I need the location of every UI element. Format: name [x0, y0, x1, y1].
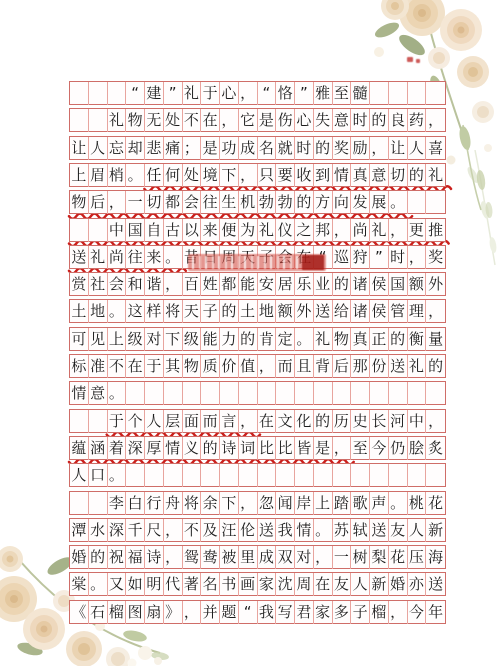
char-cell: 不: [183, 519, 202, 542]
char-cell: 如: [126, 573, 145, 596]
char-cell: [258, 464, 277, 487]
char-cell: 居: [276, 273, 295, 296]
char-cell: 礼: [426, 164, 445, 187]
char-cell: 友: [333, 573, 352, 596]
char-cell: 鸯: [201, 546, 220, 569]
char-cell: 外: [295, 300, 314, 323]
char-cell: 忽: [258, 492, 277, 515]
char-cell: 花: [426, 492, 445, 515]
char-cell: 声: [370, 492, 389, 515]
char-cell: 的: [370, 109, 389, 132]
char-cell: 鸳: [183, 546, 202, 569]
char-cell: [370, 82, 389, 105]
char-cell: ，: [426, 410, 445, 433]
char-cell: 诗: [145, 546, 164, 569]
char-cell: 。: [126, 164, 145, 187]
char-cell: 被: [220, 546, 239, 569]
char-cell: 侯: [370, 273, 389, 296]
char-cell: 的: [220, 300, 239, 323]
char-cell: 和: [126, 273, 145, 296]
char-cell: [220, 464, 239, 487]
char-cell: 建: [145, 82, 164, 105]
char-cell: 额: [408, 273, 427, 296]
char-cell: 为: [239, 219, 258, 242]
char-cell: ，: [239, 410, 258, 433]
char-cell: 义: [183, 437, 202, 460]
char-cell: 境: [201, 164, 220, 187]
leaf-sprig-right: [455, 150, 500, 270]
char-cell: 至: [333, 82, 352, 105]
char-cell: [70, 492, 89, 515]
char-cell: ，: [239, 492, 258, 515]
essay-row: 蕴涵着深厚情义的诗词比比皆是，至今仍脍炙: [69, 436, 446, 460]
char-cell: 安: [258, 273, 277, 296]
char-cell: 侯: [370, 300, 389, 323]
char-cell: “: [239, 601, 258, 624]
char-cell: 闻: [276, 492, 295, 515]
char-cell: 我: [276, 519, 295, 542]
char-cell: 化: [295, 410, 314, 433]
char-cell: 处: [183, 164, 202, 187]
char-cell: ，: [408, 246, 427, 269]
char-cell: 时: [389, 246, 408, 269]
char-cell: 雅: [314, 82, 333, 105]
char-cell: [89, 82, 108, 105]
char-cell: 今: [408, 601, 427, 624]
char-cell: 份: [370, 355, 389, 378]
char-cell: 情: [295, 519, 314, 542]
char-cell: 衡: [408, 328, 427, 351]
char-cell: 药: [408, 109, 427, 132]
char-cell: 情: [164, 437, 183, 460]
char-cell: ，: [389, 601, 408, 624]
char-cell: 人: [70, 464, 89, 487]
char-cell: 代: [164, 573, 183, 596]
char-cell: 正: [370, 328, 389, 351]
char-cell: 向: [333, 191, 352, 214]
char-cell: 伦: [239, 519, 258, 542]
char-cell: 周: [295, 573, 314, 596]
char-cell: [164, 464, 183, 487]
char-cell: 切: [145, 191, 164, 214]
char-cell: 之: [295, 219, 314, 242]
char-cell: 奖: [333, 137, 352, 160]
essay-row: 中国自古以来便为礼仪之邦，尚礼，更推: [69, 218, 446, 242]
char-cell: [370, 464, 389, 487]
char-cell: 下: [220, 492, 239, 515]
char-cell: 而: [201, 410, 220, 433]
char-cell: 处: [164, 109, 183, 132]
char-cell: 年: [426, 601, 445, 624]
char-cell: “: [126, 82, 145, 105]
essay-grid: “建”礼于心，“恪”雅至髓礼物无处不在，它是伤心失意时的良药，让人忘却悲痛；是功…: [69, 81, 446, 633]
char-cell: [333, 464, 352, 487]
red-speck-mark: [416, 59, 420, 63]
char-cell: 礼: [183, 82, 202, 105]
char-cell: [426, 382, 445, 405]
char-cell: [408, 464, 427, 487]
char-cell: 轼: [351, 519, 370, 542]
char-cell: 棠: [70, 573, 89, 596]
char-cell: 双: [276, 546, 295, 569]
char-cell: 厚: [145, 437, 164, 460]
essay-row: 让人忘却悲痛；是功成名就时的奖励，让人喜: [69, 136, 446, 160]
char-cell: 中: [408, 410, 427, 433]
char-cell: 祝: [108, 546, 127, 569]
char-cell: 又: [108, 573, 127, 596]
char-cell: 歌: [351, 492, 370, 515]
essay-row: 棠。又如明代著名书画家沈周在友人新婚亦送: [69, 572, 446, 596]
char-cell: 尚: [108, 246, 127, 269]
char-cell: 礼: [89, 246, 108, 269]
char-cell: [239, 464, 258, 487]
char-cell: 标: [70, 355, 89, 378]
essay-row: 人口。: [69, 463, 446, 487]
char-cell: 而: [276, 355, 295, 378]
char-cell: 能: [239, 273, 258, 296]
char-cell: [89, 219, 108, 242]
char-cell: 踏: [333, 492, 352, 515]
char-cell: 涵: [89, 437, 108, 460]
red-speck-mark: [407, 57, 413, 62]
char-cell: 在: [258, 410, 277, 433]
char-cell: 人: [89, 137, 108, 160]
char-cell: 时: [351, 109, 370, 132]
char-cell: 何: [164, 164, 183, 187]
char-cell: 发: [351, 191, 370, 214]
char-cell: 题: [220, 601, 239, 624]
char-cell: 姓: [201, 273, 220, 296]
char-cell: 人: [408, 519, 427, 542]
char-cell: 送: [389, 355, 408, 378]
char-cell: 乐: [295, 273, 314, 296]
char-cell: 以: [183, 219, 202, 242]
char-cell: 余: [201, 492, 220, 515]
char-cell: 文: [276, 410, 295, 433]
char-cell: [295, 464, 314, 487]
char-cell: 会: [183, 191, 202, 214]
char-cell: 都: [220, 273, 239, 296]
char-cell: 名: [258, 137, 277, 160]
essay-row: 情意。: [69, 381, 446, 405]
char-cell: 的: [295, 191, 314, 214]
watermark-logo-block: [302, 255, 324, 270]
char-cell: 对: [145, 328, 164, 351]
char-cell: 送: [70, 246, 89, 269]
char-cell: 树: [351, 546, 370, 569]
char-cell: 让: [70, 137, 89, 160]
char-cell: ，: [239, 164, 258, 187]
essay-row: 礼物无处不在，它是伤心失意时的良药，: [69, 108, 446, 132]
char-cell: 礼: [258, 219, 277, 242]
char-cell: 在: [126, 355, 145, 378]
char-cell: 及: [201, 519, 220, 542]
char-cell: 其: [164, 355, 183, 378]
char-cell: 是: [201, 137, 220, 160]
char-cell: 。: [389, 492, 408, 515]
char-cell: 压: [408, 546, 427, 569]
char-cell: 历: [333, 410, 352, 433]
char-cell: 婚: [389, 573, 408, 596]
essay-row: 标准不在于其物质价值，而且背后那份送礼的: [69, 354, 446, 378]
char-cell: ”: [295, 82, 314, 105]
char-cell: 赏: [70, 273, 89, 296]
essay-row: 上眉梢。任何处境下，只要收到情真意切的礼: [69, 163, 446, 187]
char-cell: 层: [164, 410, 183, 433]
char-cell: [408, 191, 427, 214]
char-cell: 著: [183, 573, 202, 596]
char-cell: [126, 464, 145, 487]
char-cell: 物: [126, 109, 145, 132]
char-cell: [89, 410, 108, 433]
char-cell: 的: [89, 546, 108, 569]
char-cell: 真: [351, 164, 370, 187]
char-cell: 只: [258, 164, 277, 187]
char-cell: 它: [239, 109, 258, 132]
char-cell: ，: [108, 191, 127, 214]
char-cell: ，: [258, 355, 277, 378]
char-cell: 心: [220, 82, 239, 105]
char-cell: 君: [295, 601, 314, 624]
char-cell: 下: [220, 164, 239, 187]
char-cell: 家: [258, 573, 277, 596]
char-cell: 更: [408, 219, 427, 242]
essay-row: 于个人层面而言，在文化的历史长河中，: [69, 409, 446, 433]
char-cell: 送: [314, 300, 333, 323]
char-cell: 意: [370, 164, 389, 187]
essay-row: 物后，一切都会往生机勃勃的方向发展。: [69, 190, 446, 214]
char-cell: 国: [389, 273, 408, 296]
char-cell: 行: [145, 492, 164, 515]
char-cell: ；: [183, 137, 202, 160]
char-cell: 准: [89, 355, 108, 378]
char-cell: 将: [183, 492, 202, 515]
char-cell: 梢: [108, 164, 127, 187]
char-cell: 的: [239, 328, 258, 351]
char-cell: 机: [239, 191, 258, 214]
char-cell: 千: [126, 519, 145, 542]
char-cell: 物: [70, 191, 89, 214]
char-cell: 且: [295, 355, 314, 378]
char-cell: 值: [239, 355, 258, 378]
char-cell: 级: [126, 328, 145, 351]
char-cell: 词: [239, 437, 258, 460]
char-cell: 就: [276, 137, 295, 160]
char-cell: 于: [145, 355, 164, 378]
char-cell: 天: [183, 300, 202, 323]
char-cell: ”: [370, 246, 389, 269]
char-cell: 苏: [333, 519, 352, 542]
char-cell: 的: [333, 273, 352, 296]
char-cell: [426, 191, 445, 214]
char-cell: 后: [89, 191, 108, 214]
char-cell: 人: [351, 573, 370, 596]
char-cell: 。: [108, 464, 127, 487]
essay-row: 潭水深千尺，不及汪伦送我情。苏轼送友人新: [69, 518, 446, 542]
char-cell: 要: [276, 164, 295, 187]
char-cell: 样: [145, 300, 164, 323]
char-cell: [70, 109, 89, 132]
char-cell: [314, 464, 333, 487]
char-cell: [126, 382, 145, 405]
char-cell: 画: [239, 573, 258, 596]
char-cell: 是: [314, 437, 333, 460]
char-cell: 外: [426, 273, 445, 296]
char-cell: 自: [145, 219, 164, 242]
char-cell: 李: [108, 492, 127, 515]
char-cell: 礼: [370, 219, 389, 242]
char-cell: 明: [145, 573, 164, 596]
char-cell: [389, 82, 408, 105]
char-cell: 物: [333, 328, 352, 351]
char-cell: 在: [201, 109, 220, 132]
char-cell: 子: [201, 300, 220, 323]
char-cell: 福: [126, 546, 145, 569]
char-cell: 脍: [408, 437, 427, 460]
char-cell: 古: [164, 219, 183, 242]
char-cell: 人: [145, 410, 164, 433]
char-cell: 成: [258, 546, 277, 569]
char-cell: 那: [351, 355, 370, 378]
char-cell: 多: [333, 601, 352, 624]
char-cell: 力: [220, 328, 239, 351]
char-cell: [389, 382, 408, 405]
char-cell: 却: [126, 137, 145, 160]
char-cell: 的: [426, 355, 445, 378]
char-cell: 情: [70, 382, 89, 405]
char-cell: 史: [351, 410, 370, 433]
char-cell: 送: [370, 519, 389, 542]
char-cell: 礼: [314, 328, 333, 351]
char-cell: 诸: [351, 300, 370, 323]
char-cell: 方: [314, 191, 333, 214]
char-cell: 。: [108, 300, 127, 323]
essay-row: 李白行舟将余下，忽闻岸上踏歌声。桃花: [69, 491, 446, 515]
char-cell: 谐: [145, 273, 164, 296]
char-cell: 海: [426, 546, 445, 569]
char-cell: 图: [126, 601, 145, 624]
char-cell: 勃: [276, 191, 295, 214]
char-cell: 额: [276, 300, 295, 323]
char-cell: 在: [314, 573, 333, 596]
char-cell: 见: [89, 328, 108, 351]
char-cell: 至: [351, 437, 370, 460]
char-cell: 亦: [408, 573, 427, 596]
char-cell: 我: [258, 601, 277, 624]
char-cell: 往: [126, 246, 145, 269]
char-cell: 不: [183, 109, 202, 132]
char-cell: 。: [164, 246, 183, 269]
char-cell: 诸: [351, 273, 370, 296]
char-cell: ，: [239, 82, 258, 105]
char-cell: [276, 464, 295, 487]
char-cell: 皆: [295, 437, 314, 460]
char-cell: 。: [295, 328, 314, 351]
char-cell: 恪: [276, 82, 295, 105]
char-cell: 里: [239, 546, 258, 569]
char-cell: 上: [108, 328, 127, 351]
char-cell: 着: [108, 437, 127, 460]
char-cell: 一: [126, 191, 145, 214]
char-cell: 。: [314, 519, 333, 542]
char-cell: ，: [164, 519, 183, 542]
char-cell: 于: [201, 82, 220, 105]
char-cell: 梨: [370, 546, 389, 569]
char-cell: 可: [70, 328, 89, 351]
char-cell: [408, 82, 427, 105]
char-cell: 长: [370, 410, 389, 433]
char-cell: 尚: [351, 219, 370, 242]
char-cell: 意: [89, 382, 108, 405]
char-cell: [426, 464, 445, 487]
char-cell: 管: [389, 300, 408, 323]
char-cell: 奖: [426, 246, 445, 269]
char-cell: 后: [333, 355, 352, 378]
char-cell: [276, 382, 295, 405]
char-cell: 将: [164, 300, 183, 323]
essay-paper-photo: “建”礼于心，“恪”雅至髓礼物无处不在，它是伤心失意时的良药，让人忘却悲痛；是功…: [0, 0, 500, 666]
char-cell: 的: [389, 328, 408, 351]
char-cell: 切: [389, 164, 408, 187]
essay-row: “建”礼于心，“恪”雅至髓: [69, 81, 446, 105]
char-cell: ，: [164, 546, 183, 569]
char-cell: [183, 464, 202, 487]
char-cell: 的: [408, 164, 427, 187]
char-cell: 展: [370, 191, 389, 214]
char-cell: 言: [220, 410, 239, 433]
char-cell: 潭: [70, 519, 89, 542]
char-cell: 良: [389, 109, 408, 132]
char-cell: 任: [145, 164, 164, 187]
char-cell: 岸: [295, 492, 314, 515]
char-cell: 蕴: [70, 437, 89, 460]
char-cell: [108, 82, 127, 105]
char-cell: 榴: [108, 601, 127, 624]
char-cell: [258, 382, 277, 405]
char-cell: ，: [314, 546, 333, 569]
char-cell: 于: [108, 410, 127, 433]
char-cell: 功: [220, 137, 239, 160]
char-cell: 的: [314, 137, 333, 160]
char-cell: 书: [220, 573, 239, 596]
char-cell: 仍: [389, 437, 408, 460]
char-cell: [239, 382, 258, 405]
char-cell: 悲: [145, 137, 164, 160]
char-cell: “: [258, 82, 277, 105]
char-cell: 都: [164, 191, 183, 214]
essay-row: 可见上级对下级能力的肯定。礼物真正的衡量: [69, 327, 446, 351]
char-cell: 肯: [258, 328, 277, 351]
char-cell: [408, 382, 427, 405]
char-cell: 喜: [426, 137, 445, 160]
char-cell: 勃: [258, 191, 277, 214]
char-cell: 的: [201, 437, 220, 460]
char-cell: 推: [426, 219, 445, 242]
char-cell: 物: [183, 355, 202, 378]
char-cell: 生: [220, 191, 239, 214]
char-cell: 。: [89, 573, 108, 596]
char-cell: [370, 382, 389, 405]
char-cell: 时: [295, 137, 314, 160]
char-cell: 定: [276, 328, 295, 351]
char-cell: 送: [426, 573, 445, 596]
char-cell: [145, 382, 164, 405]
char-cell: 仪: [276, 219, 295, 242]
char-cell: 国: [126, 219, 145, 242]
char-cell: [145, 464, 164, 487]
char-cell: 狩: [351, 246, 370, 269]
char-cell: 价: [220, 355, 239, 378]
